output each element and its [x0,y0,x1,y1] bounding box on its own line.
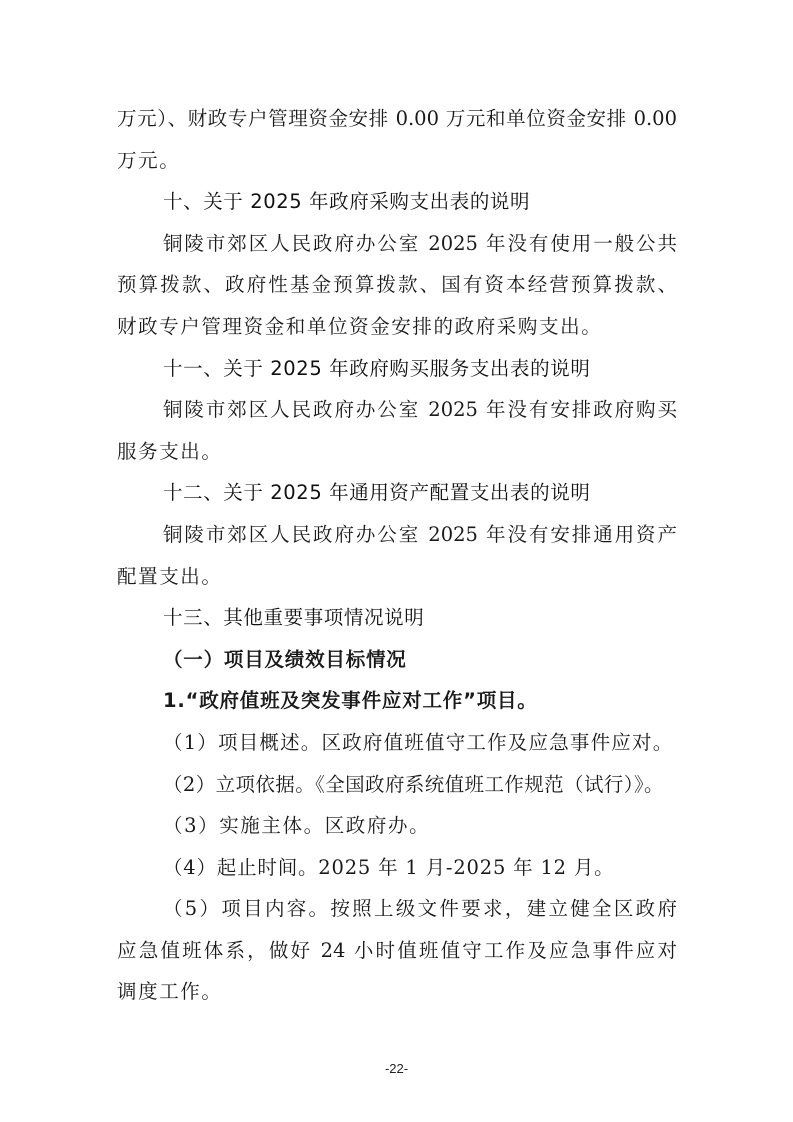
body-text-line: 服务支出。 [117,431,677,473]
body-text-line: 配置支出。 [117,556,677,598]
subsection-heading: （一）项目及绩效目标情况 [117,639,677,681]
page-number: -22- [0,1061,793,1076]
body-text-line: 铜陵市郊区人民政府办公室 2025 年没有安排通用资产 [117,514,677,556]
project-item-entity: （3）实施主体。区政府办。 [117,805,677,847]
section-heading-11: 十一、关于 2025 年政府购买服务支出表的说明 [117,348,677,390]
body-text-line: 应急值班体系，做好 24 小时值班值守工作及应急事件应对 [117,930,677,972]
body-text-line: 铜陵市郊区人民政府办公室 2025 年没有安排政府购买 [117,389,677,431]
body-text-line: 万元）、财政专户管理资金安排 0.00 万元和单位资金安排 0.00 [117,98,677,140]
project-item-basis: （2）立项依据。《全国政府系统值班工作规范（试行）》。 [117,764,677,806]
body-text-line: 财政专户管理资金和单位资金安排的政府采购支出。 [117,306,677,348]
section-heading-10: 十、关于 2025 年政府采购支出表的说明 [117,181,677,223]
project-title: 1.“政府值班及突发事件应对工作”项目。 [117,680,677,722]
project-item-period: （4）起止时间。2025 年 1 月-2025 年 12 月。 [117,847,677,889]
document-page: 万元）、财政专户管理资金安排 0.00 万元和单位资金安排 0.00 万元。 十… [117,98,677,1013]
body-text-line: 预算拨款、政府性基金预算拨款、国有资本经营预算拨款、 [117,264,677,306]
project-item-content: （5）项目内容。按照上级文件要求，建立健全区政府 [117,888,677,930]
section-heading-13: 十三、其他重要事项情况说明 [117,597,677,639]
body-text-line: 铜陵市郊区人民政府办公室 2025 年没有使用一般公共 [117,223,677,265]
project-item-overview: （1）项目概述。区政府值班值守工作及应急事件应对。 [117,722,677,764]
body-text-line: 万元。 [117,140,677,182]
body-text-line: 调度工作。 [117,971,677,1013]
section-heading-12: 十二、关于 2025 年通用资产配置支出表的说明 [117,472,677,514]
